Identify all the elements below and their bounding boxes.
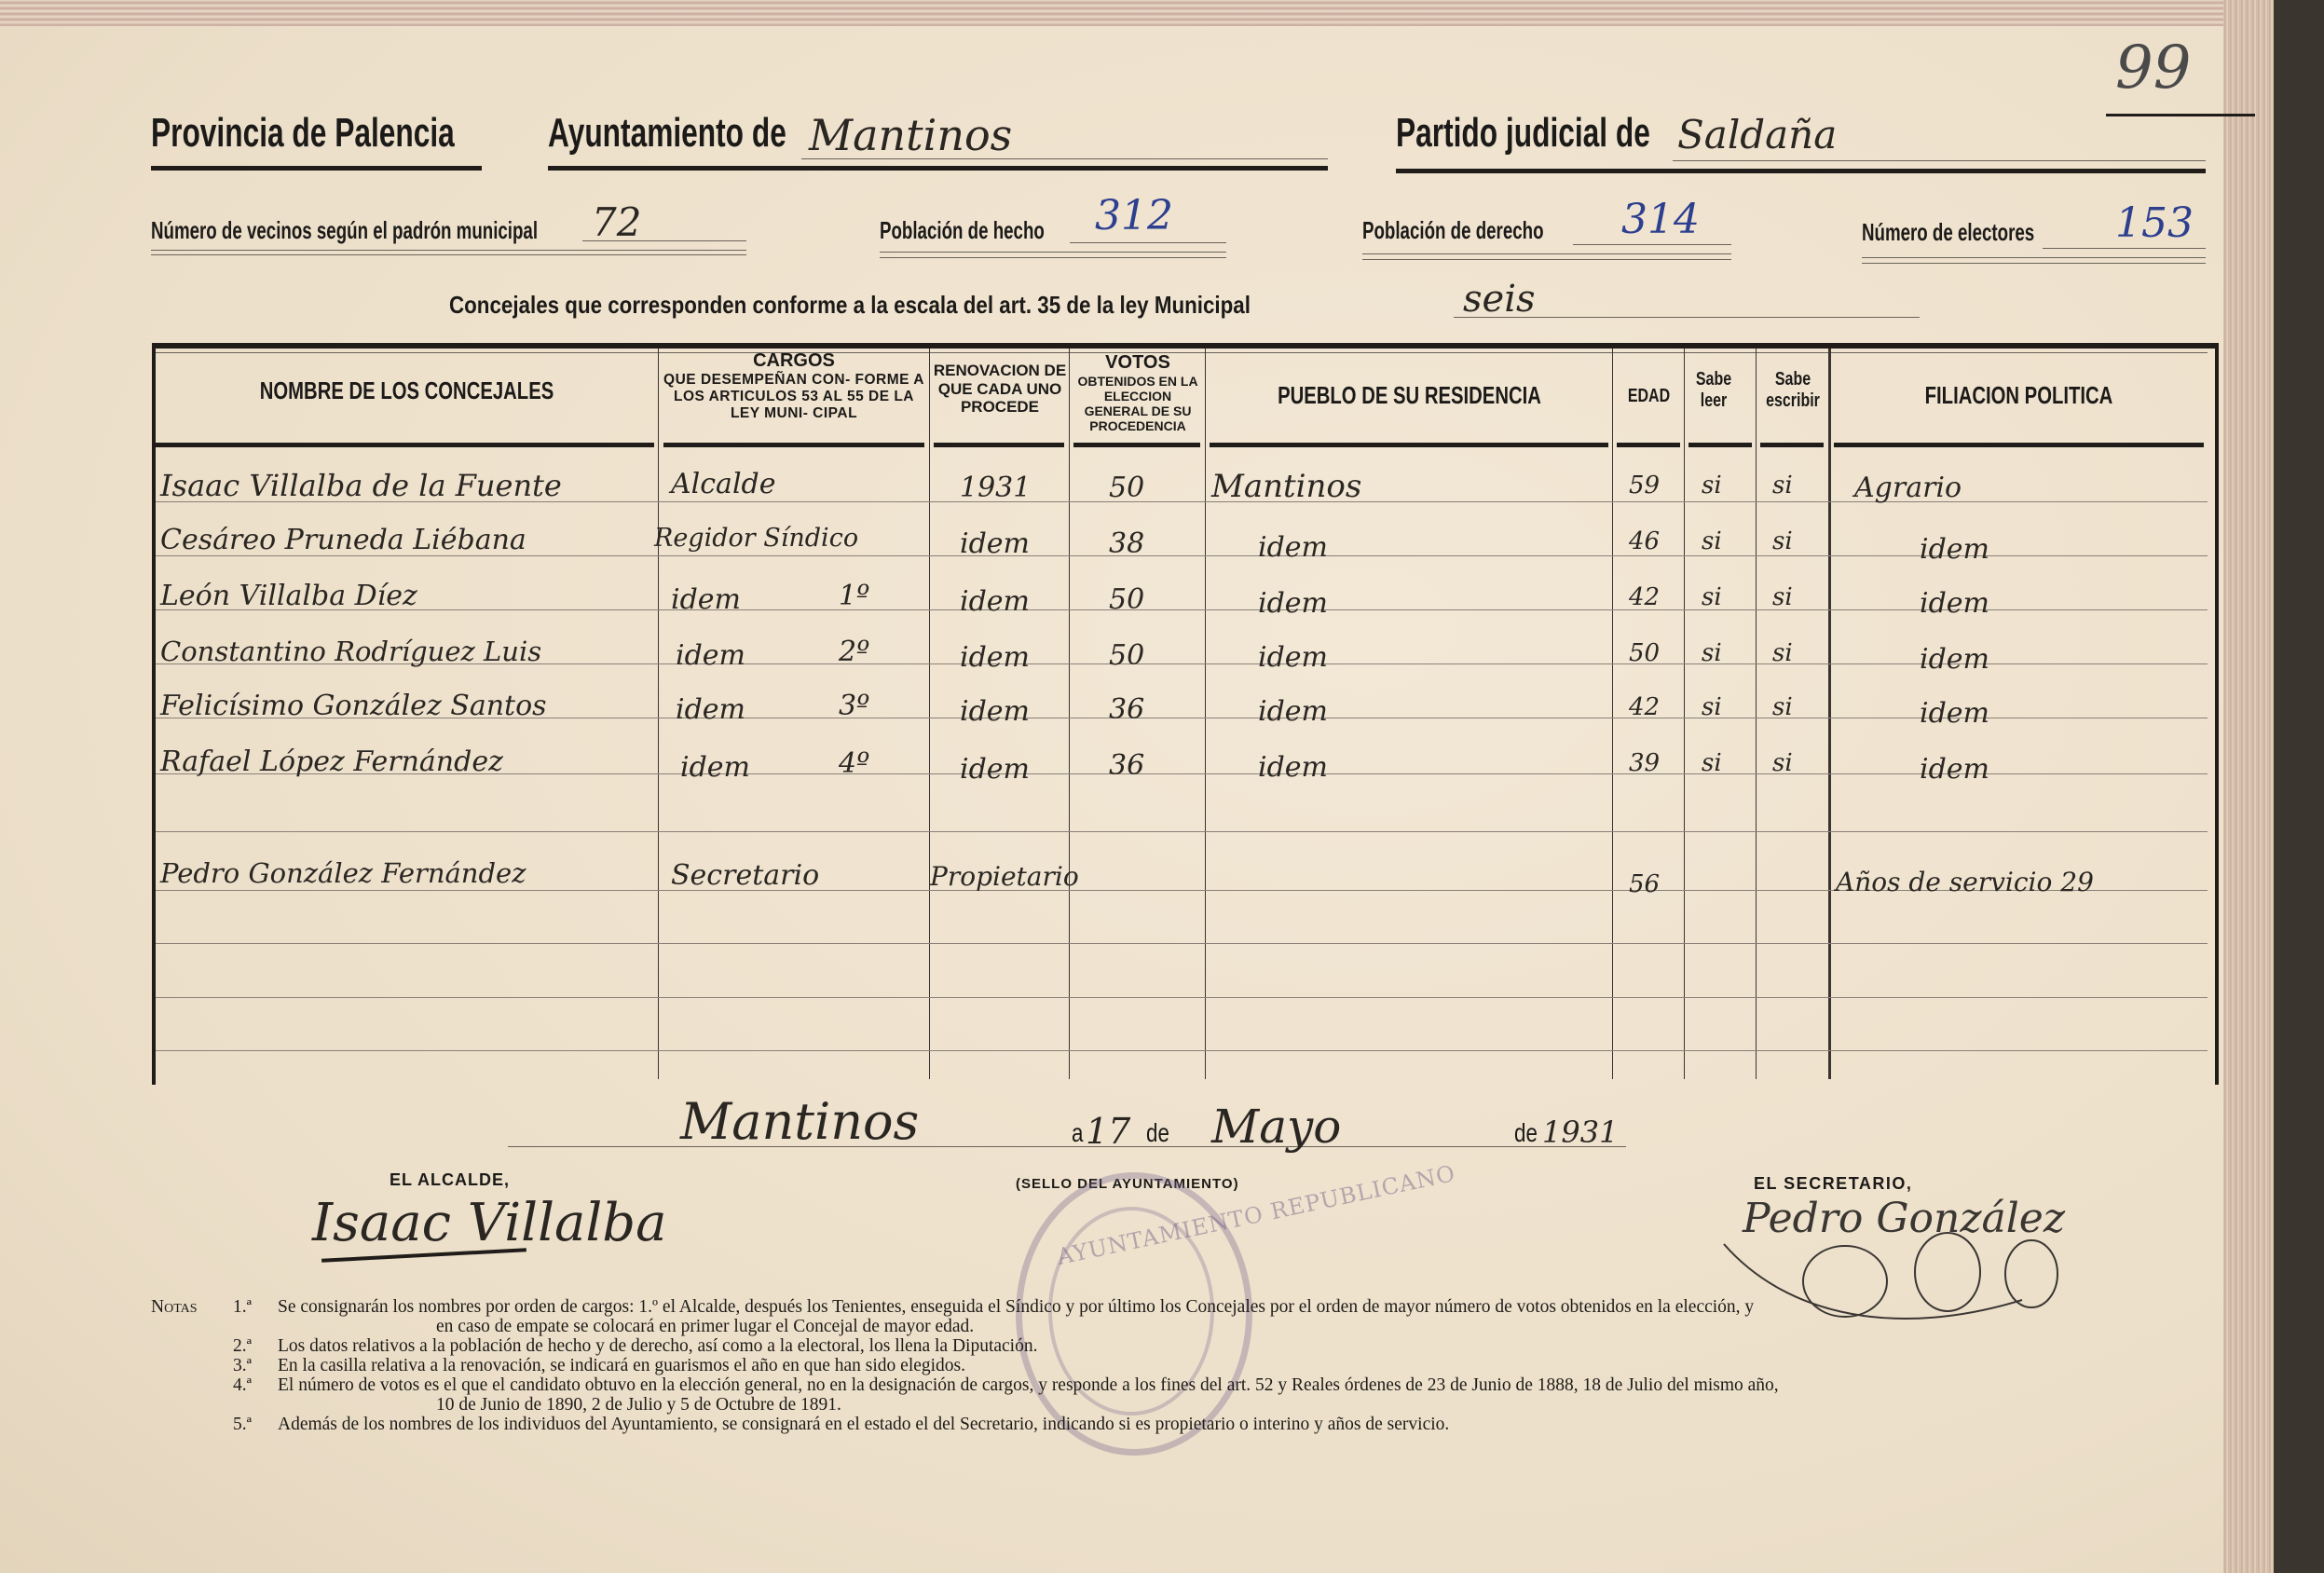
derecho-underline-2 [1362, 259, 1731, 260]
col-divider [1069, 349, 1070, 1079]
note-number: 4.ª [233, 1375, 278, 1395]
votos-subtitle: OBTENIDOS EN LA ELECCION GENERAL DE SU P… [1071, 374, 1205, 433]
derecho-line [1573, 244, 1731, 245]
cell-votos: 38 [1109, 527, 1144, 560]
col-header-cargos: CARGOS QUE DESEMPEÑAN CON- FORME A LOS A… [660, 350, 928, 421]
col-divider [658, 349, 659, 1079]
hecho-underline-2 [880, 257, 1226, 258]
note-text: Los datos relativos a la población de he… [278, 1336, 2248, 1356]
cell-edad: 46 [1629, 527, 1660, 555]
votos-title: VOTOS [1071, 352, 1205, 374]
cell-edad: 56 [1629, 870, 1660, 898]
note-item: 2.ª Los datos relativos a la población d… [151, 1336, 2248, 1356]
cell-votos: 50 [1109, 472, 1144, 504]
cell-nombre: Rafael López Fernández [160, 745, 503, 778]
cell-pueblo: idem [1258, 587, 1328, 620]
cell-edad: 42 [1629, 693, 1660, 721]
cell-filiacion: idem [1920, 587, 1989, 620]
cell-escribir: si [1772, 639, 1793, 667]
hecho-underline [880, 252, 1226, 253]
cargos-subtitle: QUE DESEMPEÑAN CON- FORME A LOS ARTICULO… [660, 372, 928, 421]
cell-nombre: Felicísimo González Santos [160, 690, 547, 722]
cell-votos: 36 [1109, 693, 1144, 726]
col-header-escribir: Sabe escribir [1765, 369, 1822, 412]
row-rule [156, 609, 2208, 610]
row-rule [156, 1050, 2208, 1051]
derecho-value: 314 [1621, 196, 1700, 243]
cell-renovacion: idem [960, 527, 1030, 560]
electores-underline-2 [1862, 263, 2206, 264]
cell-leer: si [1702, 472, 1722, 499]
row-rule [156, 997, 2208, 998]
note-text: El número de votos es el que el candidat… [278, 1375, 2248, 1395]
col-header-pueblo: PUEBLO DE SU RESIDENCIA [1251, 382, 1567, 410]
partido-underline [1396, 169, 2206, 173]
cell-leer: si [1702, 527, 1722, 555]
cell-cargo: idem [680, 751, 750, 784]
col-header-edad: EDAD [1621, 386, 1677, 407]
header-bottom-rule [1688, 443, 1752, 447]
note-item: Notas 1.ª Se consignarán los nombres por… [151, 1297, 2248, 1317]
partido-line [1673, 160, 2206, 161]
cell-cargo: Secretario [671, 859, 819, 892]
cell-renovacion: idem [960, 641, 1030, 674]
cell-renovacion: Propietario [930, 861, 1079, 892]
notes-section: Notas 1.ª Se consignarán los nombres por… [151, 1297, 2248, 1434]
notes-label: Notas [151, 1297, 233, 1317]
note-item: 3.ª En la casilla relativa a la renovaci… [151, 1356, 2248, 1375]
header-bottom-rule [156, 443, 654, 447]
cell-pueblo: idem [1258, 531, 1328, 564]
footer-de1: de [1146, 1118, 1169, 1148]
cell-filiacion: Años de servicio 29 [1836, 867, 2094, 897]
electores-underline [1862, 257, 2206, 258]
footer-de2: de [1514, 1118, 1538, 1148]
header-bottom-rule [1760, 443, 1824, 447]
cell-filiacion: idem [1920, 753, 1989, 786]
concejales-value: seis [1463, 278, 1536, 321]
footer-place: Mantinos [680, 1092, 919, 1151]
alcalde-label: EL ALCALDE, [390, 1170, 510, 1190]
header-bottom-rule [663, 443, 924, 447]
header-bottom-rule [1617, 443, 1680, 447]
row-rule [156, 831, 2208, 832]
concejales-label: Concejales que corresponden conforme a l… [449, 291, 1251, 320]
cell-cargo-num: 4º [839, 747, 869, 780]
cell-nombre: Constantino Rodríguez Luis [160, 636, 541, 667]
cell-leer: si [1702, 639, 1722, 667]
document-page: 99 Provincia de Palencia Ayuntamiento de… [0, 0, 2274, 1573]
footer-day: 17 [1086, 1111, 1130, 1152]
electores-value: 153 [2115, 199, 2194, 247]
vecinos-underline [151, 250, 746, 251]
col-header-filiacion: FILIACION POLITICA [1872, 382, 2167, 410]
derecho-underline [1362, 253, 1731, 254]
cell-edad: 42 [1629, 583, 1660, 611]
ayuntamiento-line [801, 158, 1328, 159]
vecinos-value: 72 [592, 199, 641, 245]
cell-pueblo: idem [1258, 695, 1328, 728]
col-header-leer: Sabe leer [1691, 369, 1736, 412]
note-number: 3.ª [233, 1356, 278, 1375]
cell-filiacion: idem [1920, 533, 1989, 566]
cell-nombre: Pedro González Fernández [160, 857, 526, 889]
ayuntamiento-value: Mantinos [809, 110, 1012, 160]
footer-a: a [1072, 1118, 1083, 1148]
partido-value: Saldaña [1677, 112, 1837, 157]
alcalde-signature: Isaac Villalba [312, 1193, 667, 1253]
footer-date-line [508, 1146, 1626, 1147]
cell-cargo-num: 1º [839, 580, 869, 612]
cell-nombre: León Villalba Díez [160, 580, 417, 612]
hecho-label: Población de hecho [880, 216, 1045, 245]
note-text: En la casilla relativa a la renovación, … [278, 1356, 2248, 1375]
cell-cargo: Alcalde [671, 468, 776, 500]
cell-cargo: Regidor Síndico [654, 524, 858, 553]
col-header-renovacion: RENOVACION DE QUE CADA UNO PROCEDE [931, 362, 1069, 417]
header-bottom-rule [1210, 443, 1608, 447]
cell-edad: 59 [1629, 472, 1660, 499]
cell-edad: 50 [1629, 639, 1660, 667]
header-bottom-rule [1834, 443, 2204, 447]
note-number: 1.ª [233, 1297, 278, 1317]
province-underline [151, 166, 482, 171]
note-number: 2.ª [233, 1336, 278, 1356]
cell-cargo: idem [671, 583, 741, 616]
page-number-underline [2106, 114, 2255, 116]
note-number: 5.ª [233, 1415, 278, 1434]
col-header-nombre: NOMBRE DE LOS CONCEJALES [211, 377, 602, 405]
col-header-votos: VOTOS OBTENIDOS EN LA ELECCION GENERAL D… [1071, 352, 1205, 433]
hecho-value: 312 [1095, 192, 1173, 239]
cell-pueblo: Mantinos [1211, 468, 1361, 505]
cell-cargo: idem [676, 639, 745, 672]
cell-filiacion: Agrario [1854, 472, 1962, 504]
cell-leer: si [1702, 749, 1722, 777]
ayuntamiento-label: Ayuntamiento de [548, 110, 786, 157]
cell-cargo: idem [676, 693, 745, 726]
cell-pueblo: idem [1258, 641, 1328, 674]
cell-leer: si [1702, 583, 1722, 611]
cell-nombre: Isaac Villalba de la Fuente [160, 468, 562, 503]
cell-nombre: Cesáreo Pruneda Liébana [160, 524, 526, 556]
cell-votos: 50 [1109, 639, 1144, 672]
col-divider [929, 349, 930, 1079]
note-continuation: 10 de Junio de 1890, 2 de Julio y 5 de O… [151, 1395, 2248, 1415]
footer-month: Mayo [1211, 1100, 1341, 1154]
row-rule [156, 943, 2208, 944]
province-label: Provincia de Palencia [151, 110, 455, 157]
hecho-line [1070, 242, 1226, 243]
header-bottom-rule [934, 443, 1064, 447]
footer-year: 1931 [1542, 1115, 1618, 1150]
page-top-edge [0, 0, 2274, 26]
cell-votos: 50 [1109, 583, 1144, 616]
cell-cargo-num: 3º [839, 690, 869, 722]
col-divider [1612, 349, 1613, 1079]
partido-label: Partido judicial de [1396, 110, 1650, 157]
cell-escribir: si [1772, 583, 1793, 611]
cell-escribir: si [1772, 527, 1793, 555]
cell-filiacion: idem [1920, 643, 1989, 676]
vecinos-underline-2 [151, 254, 746, 255]
note-text: Se consignarán los nombres por orden de … [278, 1297, 2248, 1317]
vecinos-label: Número de vecinos según el padrón munici… [151, 216, 538, 245]
cell-renovacion: idem [960, 753, 1030, 786]
cargos-title: CARGOS [660, 350, 928, 372]
vecinos-line [582, 240, 746, 241]
note-item: 4.ª El número de votos es el que el cand… [151, 1375, 2248, 1395]
electores-label: Número de electores [1862, 218, 2034, 247]
cell-cargo-num: 2º [839, 636, 869, 668]
col-divider [1205, 349, 1206, 1079]
cell-escribir: si [1772, 472, 1793, 499]
cell-renovacion: idem [960, 695, 1030, 728]
cell-renovacion: 1931 [960, 472, 1031, 504]
cell-edad: 39 [1629, 749, 1660, 777]
page-number: 99 [2115, 34, 2191, 103]
cell-leer: si [1702, 693, 1722, 721]
secretario-label: EL SECRETARIO, [1754, 1174, 1912, 1194]
note-text: Además de los nombres de los individuos … [278, 1415, 2248, 1434]
cell-renovacion: idem [960, 585, 1030, 618]
cell-votos: 36 [1109, 749, 1144, 782]
note-item: 5.ª Además de los nombres de los individ… [151, 1415, 2248, 1434]
col-divider [1684, 349, 1685, 1079]
electores-line [2043, 248, 2206, 249]
cell-filiacion: idem [1920, 697, 1989, 730]
cell-pueblo: idem [1258, 751, 1328, 784]
concejales-line [1454, 317, 1920, 318]
derecho-label: Población de derecho [1362, 216, 1544, 245]
col-divider [1756, 349, 1757, 1079]
ayuntamiento-underline [548, 166, 1328, 171]
header-bottom-rule [1073, 443, 1200, 447]
note-continuation: en caso de empate se colocará en primer … [151, 1317, 2248, 1336]
cell-escribir: si [1772, 749, 1793, 777]
cell-escribir: si [1772, 693, 1793, 721]
col-divider [1828, 349, 1831, 1079]
